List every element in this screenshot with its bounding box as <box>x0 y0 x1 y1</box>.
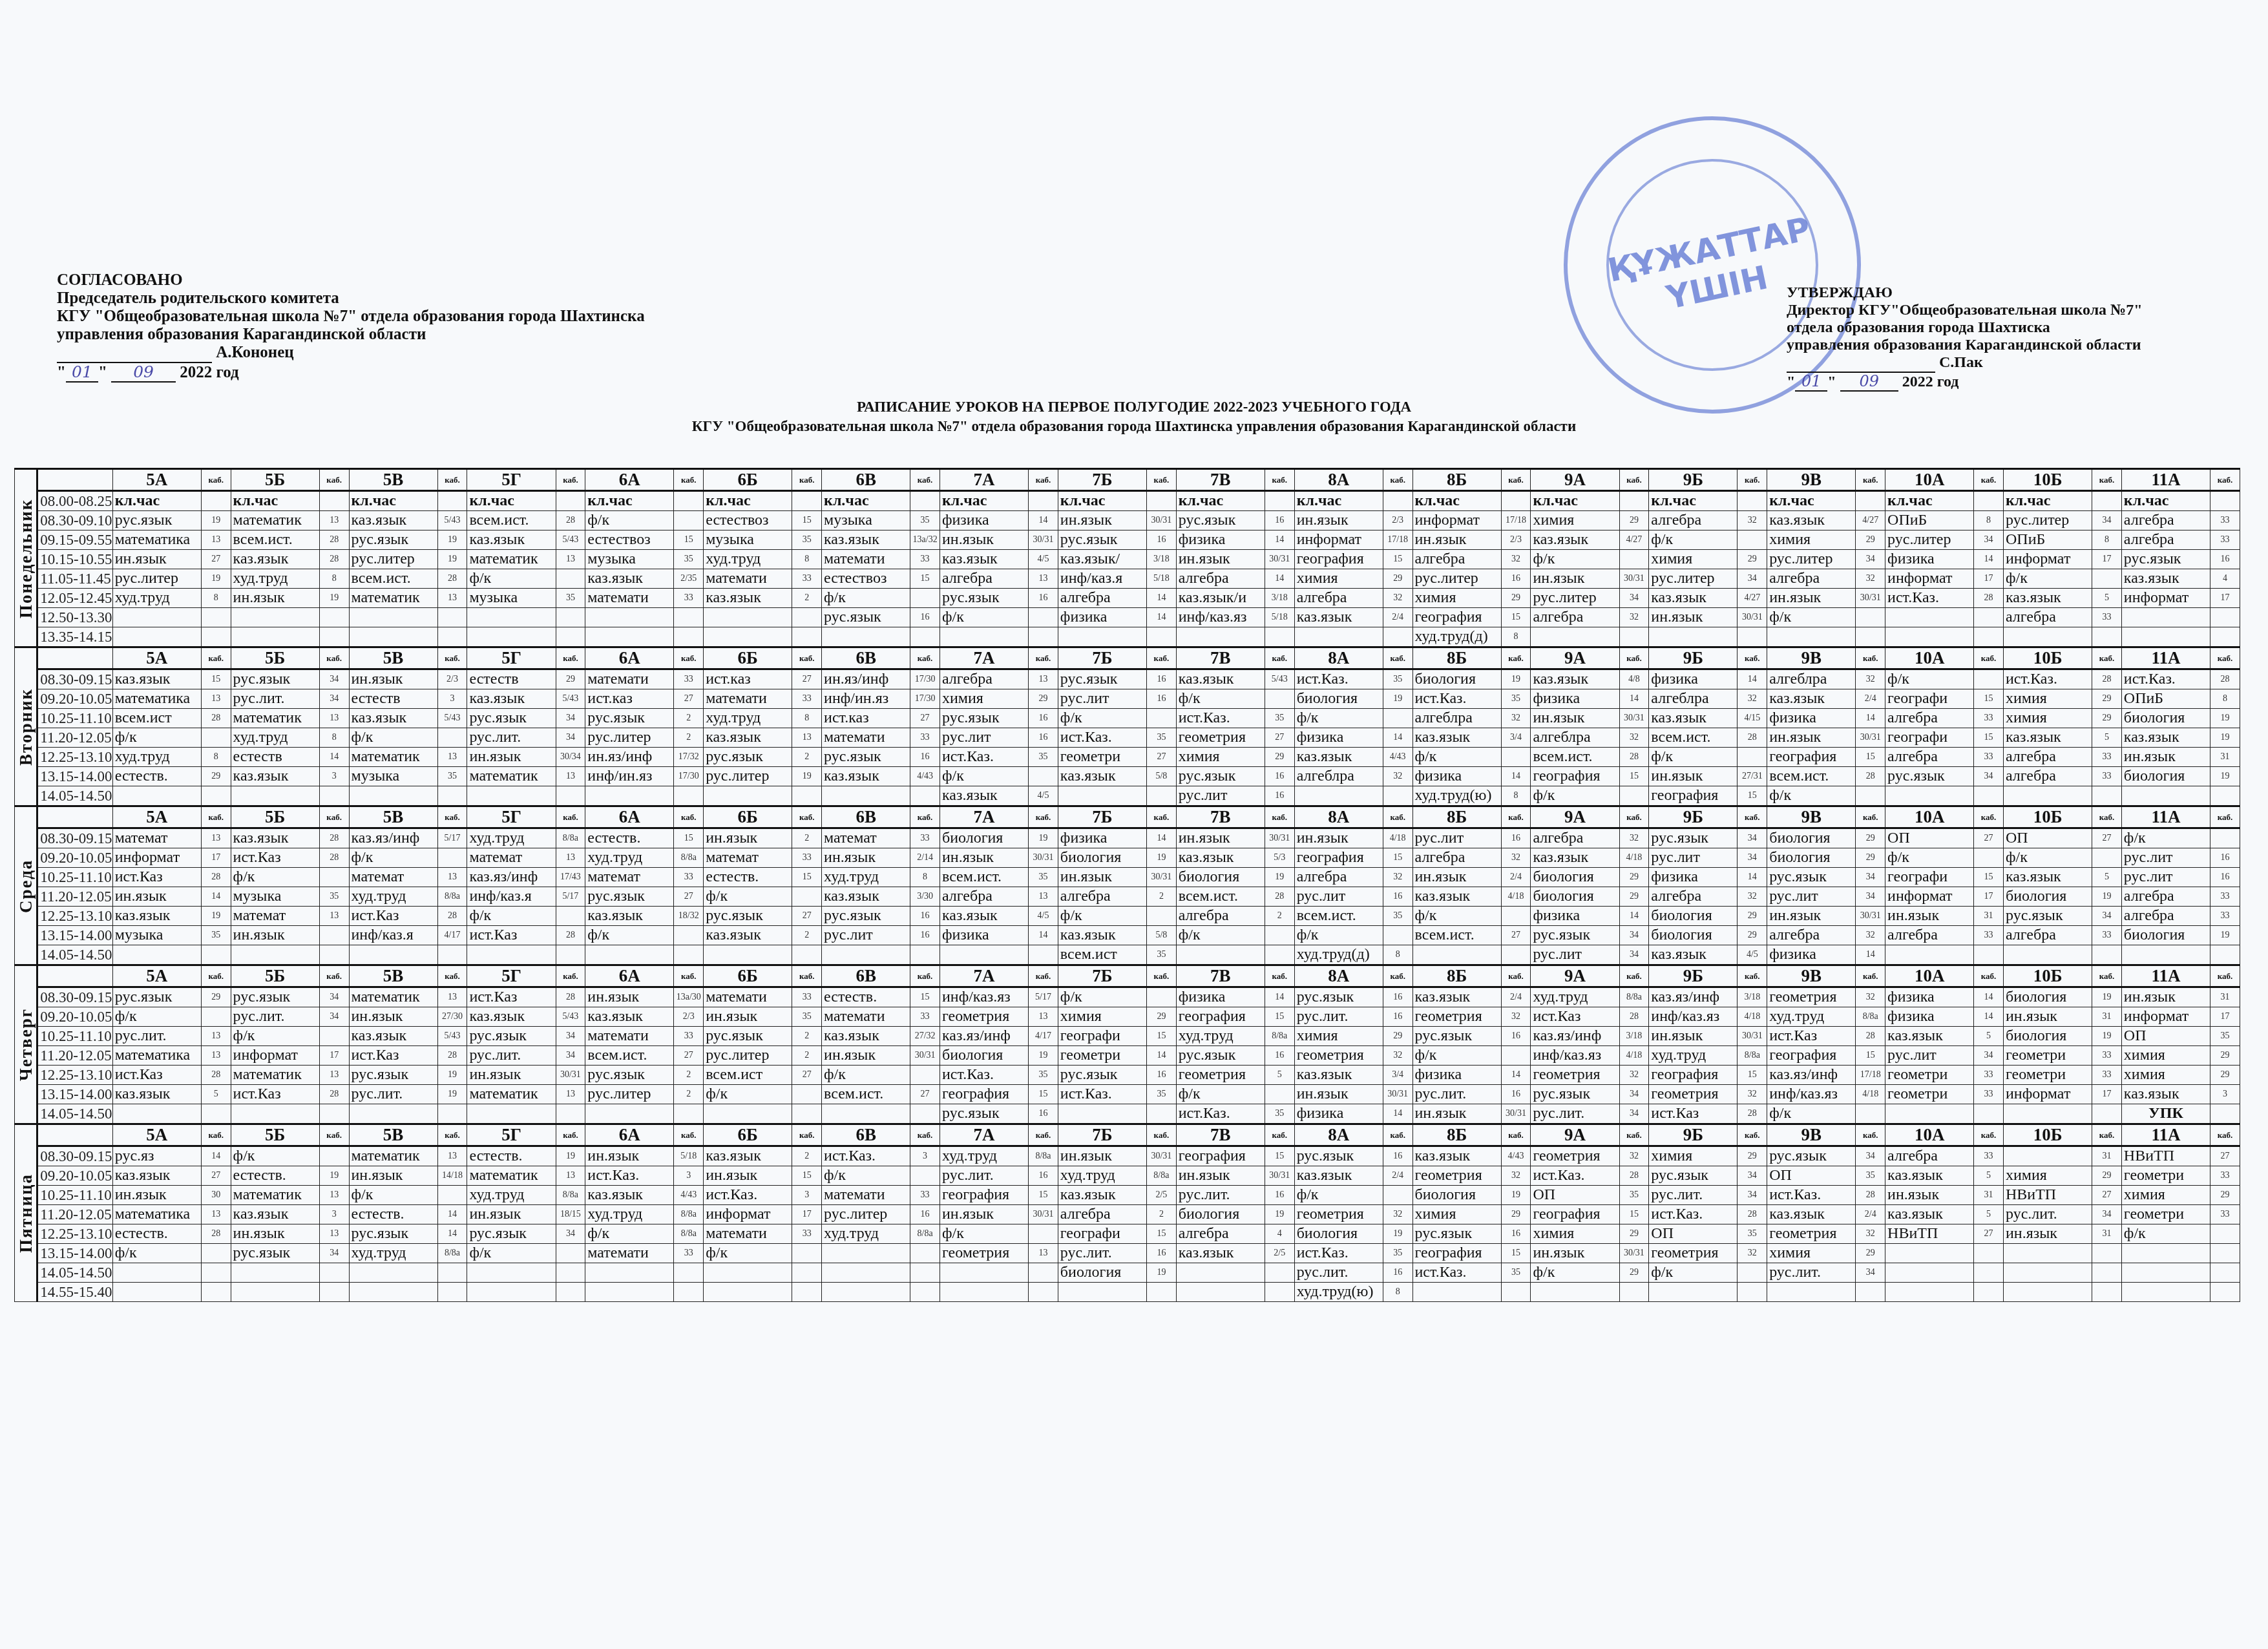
room-cell <box>1974 848 2004 868</box>
subject-cell: биология <box>1058 848 1146 868</box>
subject-cell: всем.ист. <box>1649 728 1738 748</box>
room-cell <box>792 627 822 647</box>
subject-cell: химия <box>940 689 1028 709</box>
subject-cell <box>585 945 674 965</box>
room-cell: 8 <box>1501 627 1531 647</box>
subject-cell: ин.язык <box>349 669 437 689</box>
room-cell: 35 <box>1147 945 1177 965</box>
subject-cell: ф/к <box>1176 1085 1265 1104</box>
subject-cell: рус.лит <box>1058 689 1146 709</box>
subject-cell <box>1885 786 1974 806</box>
room-cell: 34 <box>1619 589 1649 608</box>
subject-cell: ист.Каз <box>467 926 556 945</box>
room-cell: 32 <box>1738 1244 1767 1263</box>
room-cell <box>2092 569 2122 589</box>
subject-cell: биология <box>1649 926 1738 945</box>
class-header: 8Б <box>1412 469 1501 491</box>
lesson-row: 12.25-13.10ист.Каз28математик13рус.язык1… <box>15 1066 2240 1085</box>
class-header: 5В <box>349 965 437 987</box>
room-cell: 14 <box>1383 728 1412 748</box>
day-label: Среда <box>15 806 37 965</box>
subject-cell: каз.язык/ <box>1058 550 1146 569</box>
room-header: каб. <box>1974 469 2004 491</box>
subject-cell: алгебра <box>2121 530 2210 550</box>
room-cell: 30/34 <box>556 748 585 767</box>
subject-cell: математик <box>349 1146 437 1166</box>
subject-cell: алгебра <box>1176 569 1265 589</box>
room-cell: 32 <box>1501 1166 1531 1186</box>
room-cell: 13а/30 <box>674 987 704 1007</box>
class-header: 11А <box>2121 469 2210 491</box>
subject-cell: физика <box>1412 1066 1501 1085</box>
room-header: каб. <box>1738 1124 1767 1146</box>
subject-cell: ист.Каз <box>1767 1027 1856 1046</box>
room-cell: 3 <box>910 1146 940 1166</box>
room-cell <box>201 1283 231 1302</box>
subject-cell: ист.Каз <box>349 907 437 926</box>
room-header: каб. <box>674 647 704 669</box>
lesson-row: 08.30-09.15математ13каз.язык28каз.яз/инф… <box>15 828 2240 848</box>
room-cell: 29 <box>1619 868 1649 887</box>
lesson-time: 12.25-13.10 <box>37 748 112 767</box>
room-cell: 30/31 <box>556 1066 585 1085</box>
subject-cell: ист.Каз. <box>2003 669 2092 689</box>
subject-cell: естеств. <box>112 1224 201 1244</box>
room-cell: 30/31 <box>1265 550 1294 569</box>
lesson-row: 09.20-10.05ф/крус.лит.34ин.язык27/30каз.… <box>15 1007 2240 1027</box>
subject-cell: рус.язык <box>231 987 319 1007</box>
subject-cell: каз.язык <box>940 550 1028 569</box>
subject-cell: ист.Каз. <box>585 1166 674 1186</box>
subject-cell: биология <box>1176 868 1265 887</box>
room-cell: 32 <box>1856 1224 1885 1244</box>
class-header: 5Г <box>467 469 556 491</box>
subject-cell <box>822 1263 910 1283</box>
subject-cell: геометрия <box>1649 1244 1738 1263</box>
room-cell <box>674 1283 704 1302</box>
subject-cell: рус.язык <box>231 669 319 689</box>
room-cell <box>1265 945 1294 965</box>
room-cell: 16 <box>1501 1027 1531 1046</box>
subject-cell: рус.литер <box>1885 530 1974 550</box>
room-cell: 14 <box>201 1146 231 1166</box>
time-header <box>37 965 112 987</box>
room-header: каб. <box>1147 1124 1177 1146</box>
class-header: 8Б <box>1412 1124 1501 1146</box>
subject-cell: физика <box>1176 530 1265 550</box>
room-cell <box>201 728 231 748</box>
room-cell: 17 <box>1974 569 2004 589</box>
room-cell: 14 <box>1501 767 1531 786</box>
room-cell: 8/8а <box>1856 1007 1885 1027</box>
room-cell: 31 <box>2092 1224 2122 1244</box>
room-header: каб. <box>1619 1124 1649 1146</box>
subject-cell: ист.Каз. <box>940 748 1028 767</box>
room-cell: 2/5 <box>1265 1244 1294 1263</box>
subject-cell: математик <box>349 748 437 767</box>
room-cell: 13 <box>792 728 822 748</box>
room-cell: 15 <box>792 511 822 530</box>
room-cell: 5/43 <box>437 1027 467 1046</box>
subject-cell <box>1649 627 1738 647</box>
room-cell: 5/18 <box>1147 569 1177 589</box>
subject-cell <box>1176 627 1265 647</box>
subject-cell: кл.час <box>1058 491 1146 511</box>
subject-cell: ф/к <box>1176 689 1265 709</box>
subject-cell: рус.язык <box>1058 669 1146 689</box>
subject-cell: географи <box>1885 728 1974 748</box>
room-header: каб. <box>1147 469 1177 491</box>
lesson-row: 10.25-11.10рус.лит.13ф/кказ.язык5/43рус.… <box>15 1027 2240 1046</box>
lesson-row: 12.05-12.45худ.труд8ин.язык19математик13… <box>15 589 2240 608</box>
subject-cell: алгебра <box>940 569 1028 589</box>
subject-cell: худ.труд(ю) <box>1294 1283 1383 1302</box>
room-cell: 28 <box>201 868 231 887</box>
subject-cell: каз.язык <box>231 767 319 786</box>
room-header: каб. <box>556 647 585 669</box>
room-cell: 4/18 <box>1619 1046 1649 1066</box>
room-cell: 15 <box>1029 1186 1058 1205</box>
subject-cell: математик <box>467 550 556 569</box>
lesson-time: 10.25-11.10 <box>37 709 112 728</box>
subject-cell: алгебра <box>1412 550 1501 569</box>
subject-cell: математ <box>704 848 792 868</box>
room-cell <box>2092 491 2122 511</box>
subject-cell: каз.яз/инф <box>1531 1027 1619 1046</box>
subject-cell <box>940 627 1028 647</box>
subject-cell: всем.ист. <box>231 530 319 550</box>
subject-cell: ист.Каз. <box>704 1186 792 1205</box>
approved-authority: управления образования Карагандинской об… <box>1787 337 2143 354</box>
subject-cell: ин.язык <box>1294 828 1383 848</box>
room-cell: 13а/32 <box>910 530 940 550</box>
subject-cell: рус.лит <box>1531 945 1619 965</box>
room-cell <box>2092 848 2122 868</box>
room-cell: 4/8 <box>1619 669 1649 689</box>
room-cell: 8/8а <box>674 1224 704 1244</box>
room-cell: 16 <box>1501 569 1531 589</box>
room-cell: 13 <box>201 1205 231 1224</box>
room-cell: 28 <box>201 709 231 728</box>
room-cell: 2/4 <box>1383 1166 1412 1186</box>
approved-position: Директор КГУ"Общеобразовательная школа №… <box>1787 302 2143 319</box>
subject-cell: всем.ист. <box>1294 907 1383 926</box>
subject-cell: естеств <box>231 748 319 767</box>
room-cell <box>1147 1104 1177 1124</box>
room-cell: 34 <box>1856 887 1885 907</box>
room-header: каб. <box>792 806 822 828</box>
subject-cell: рус.литер <box>349 550 437 569</box>
subject-cell: УПК <box>2121 1104 2210 1124</box>
subject-cell: биология <box>1767 828 1856 848</box>
room-header: каб. <box>1501 965 1531 987</box>
room-cell: 33 <box>910 1007 940 1027</box>
subject-cell: ин.язык <box>467 1205 556 1224</box>
room-header: каб. <box>2210 965 2240 987</box>
room-cell <box>1147 907 1177 926</box>
room-cell <box>2210 1244 2240 1263</box>
lesson-time: 11.20-12.05 <box>37 887 112 907</box>
room-cell: 33 <box>2092 748 2122 767</box>
room-cell: 28 <box>1738 1205 1767 1224</box>
subject-cell <box>467 1104 556 1124</box>
subject-cell: ОП <box>1767 1166 1856 1186</box>
subject-cell: ин.язык <box>1058 511 1146 530</box>
subject-cell: каз.яз/инф <box>940 1027 1028 1046</box>
room-header: каб. <box>1029 965 1058 987</box>
room-cell: 35 <box>1265 709 1294 728</box>
subject-cell: физика <box>1412 767 1501 786</box>
subject-cell <box>1176 1263 1265 1283</box>
subject-cell <box>112 786 201 806</box>
subject-cell: всем.ист <box>704 1066 792 1085</box>
subject-cell: рус.литер <box>822 1205 910 1224</box>
subject-cell: ин.язык <box>1176 828 1265 848</box>
subject-cell: естеств. <box>467 1146 556 1166</box>
subject-cell: кл.час <box>1649 491 1738 511</box>
subject-cell: геометрия <box>940 1244 1028 1263</box>
subject-cell: ин.язык <box>1412 868 1501 887</box>
room-header: каб. <box>1856 806 1885 828</box>
room-cell <box>674 511 704 530</box>
subject-cell <box>467 627 556 647</box>
subject-cell <box>349 627 437 647</box>
room-cell: 29 <box>1029 689 1058 709</box>
room-header: каб. <box>319 806 349 828</box>
room-cell: 5 <box>2092 728 2122 748</box>
subject-cell <box>1885 1283 1974 1302</box>
room-cell: 4 <box>2210 569 2240 589</box>
subject-cell: геометрия <box>1767 1224 1856 1244</box>
room-cell: 34 <box>1738 848 1767 868</box>
room-header: каб. <box>201 965 231 987</box>
class-header: 5Б <box>231 647 319 669</box>
room-cell: 8/8а <box>1029 1146 1058 1166</box>
room-cell: 19 <box>2210 767 2240 786</box>
room-cell: 28 <box>556 926 585 945</box>
room-cell: 2/5 <box>1147 1186 1177 1205</box>
room-cell: 28 <box>1856 767 1885 786</box>
subject-cell: музыка <box>704 530 792 550</box>
subject-cell: ф/к <box>822 1066 910 1085</box>
room-cell: 3 <box>319 1205 349 1224</box>
subject-cell: геометри <box>2121 1205 2210 1224</box>
subject-cell: ф/к <box>467 907 556 926</box>
room-cell: 5/43 <box>437 709 467 728</box>
room-cell <box>1974 608 2004 627</box>
room-header: каб. <box>1265 469 1294 491</box>
subject-cell: информат <box>2121 589 2210 608</box>
room-cell <box>1029 491 1058 511</box>
subject-cell: естеств <box>349 689 437 709</box>
subject-cell: математи <box>585 669 674 689</box>
subject-cell: рус.лит <box>1412 828 1501 848</box>
subject-cell <box>940 1283 1028 1302</box>
class-header: 5А <box>112 1124 201 1146</box>
room-cell: 32 <box>1619 1146 1649 1166</box>
room-cell <box>319 786 349 806</box>
subject-cell: рус.язык <box>467 1224 556 1244</box>
class-header: 10А <box>1885 965 1974 987</box>
room-header: каб. <box>437 806 467 828</box>
room-cell: 32 <box>1383 868 1412 887</box>
subject-cell: география <box>1531 1205 1619 1224</box>
room-cell: 35 <box>1029 748 1058 767</box>
room-cell: 30/31 <box>910 1046 940 1066</box>
subject-cell <box>112 1104 201 1124</box>
room-header: каб. <box>556 1124 585 1146</box>
time-header <box>37 806 112 828</box>
subject-cell: ф/к <box>1767 786 1856 806</box>
lesson-row: 13.15-14.00каз.язык5ист.Каз28рус.лит.19м… <box>15 1085 2240 1104</box>
room-cell: 29 <box>1265 748 1294 767</box>
class-header: 7В <box>1176 965 1265 987</box>
room-cell: 19 <box>1029 1046 1058 1066</box>
subject-cell: математик <box>231 1186 319 1205</box>
approved-signer: С.Пак <box>1939 354 1983 371</box>
room-cell: 19 <box>1265 1205 1294 1224</box>
agreed-date-month: 09 <box>111 363 176 383</box>
room-cell <box>556 1244 585 1263</box>
subject-cell: ОП <box>1885 828 1974 848</box>
subject-cell: информат <box>2121 1007 2210 1027</box>
room-cell: 8/8а <box>674 848 704 868</box>
subject-cell: рус.лит. <box>1531 1104 1619 1124</box>
subject-cell <box>1767 627 1856 647</box>
room-cell: 2 <box>674 1085 704 1104</box>
lesson-time: 13.15-14.00 <box>37 1244 112 1263</box>
subject-cell: каз.язык <box>1058 1186 1146 1205</box>
room-cell <box>1974 1244 2004 1263</box>
subject-cell: инф/каз.я <box>349 926 437 945</box>
subject-cell: рус.язык <box>349 530 437 550</box>
subject-cell: алгебра <box>2003 926 2092 945</box>
room-cell: 17/18 <box>1856 1066 1885 1085</box>
room-header: каб. <box>1265 806 1294 828</box>
subject-cell: рус.литер <box>2003 511 2092 530</box>
subject-cell <box>2121 786 2210 806</box>
room-cell <box>1147 786 1177 806</box>
subject-cell: ист.Каз. <box>1767 1186 1856 1205</box>
room-cell <box>437 945 467 965</box>
subject-cell: каз.яз/инф <box>467 868 556 887</box>
subject-cell: алгебра <box>2121 887 2210 907</box>
lesson-time: 08.30-09.15 <box>37 669 112 689</box>
room-header: каб. <box>1856 469 1885 491</box>
room-cell <box>556 491 585 511</box>
subject-cell: каз.язык <box>467 530 556 550</box>
room-cell: 5/17 <box>556 887 585 907</box>
room-cell: 19 <box>437 550 467 569</box>
subject-cell: математика <box>112 1205 201 1224</box>
subject-cell: химия <box>1294 569 1383 589</box>
class-header: 9Б <box>1649 469 1738 491</box>
subject-cell: ф/к <box>467 569 556 589</box>
subject-cell: химия <box>1412 1205 1501 1224</box>
room-cell: 28 <box>1619 748 1649 767</box>
subject-cell: рус.язык <box>940 709 1028 728</box>
room-cell: 3/18 <box>1265 589 1294 608</box>
subject-cell: рус.язык <box>1531 926 1619 945</box>
room-cell: 27 <box>2092 1186 2122 1205</box>
room-cell: 33 <box>1974 709 2004 728</box>
subject-cell: ист.Каз. <box>1885 589 1974 608</box>
room-cell: 8/8а <box>674 1205 704 1224</box>
room-cell <box>1265 689 1294 709</box>
class-header: 9В <box>1767 965 1856 987</box>
room-cell <box>201 627 231 647</box>
room-cell: 27 <box>674 887 704 907</box>
subject-cell <box>1294 627 1383 647</box>
room-cell <box>910 589 940 608</box>
room-cell <box>319 491 349 511</box>
subject-cell: ин.яз/инф <box>585 748 674 767</box>
room-cell: 15 <box>910 987 940 1007</box>
subject-cell: ист.каз <box>822 709 910 728</box>
subject-cell: ф/к <box>112 1244 201 1263</box>
room-cell: 19 <box>437 530 467 550</box>
subject-cell: ф/к <box>1412 1046 1501 1066</box>
room-cell: 30/31 <box>1147 511 1177 530</box>
subject-cell: каз.язык <box>1294 748 1383 767</box>
subject-cell: ф/к <box>1294 709 1383 728</box>
room-cell: 34 <box>1738 1166 1767 1186</box>
subject-cell: рус.язык <box>704 748 792 767</box>
room-cell: 27 <box>910 1085 940 1104</box>
room-cell: 5 <box>2092 868 2122 887</box>
subject-cell: ф/к <box>349 848 437 868</box>
class-header: 10А <box>1885 647 1974 669</box>
room-cell: 17 <box>201 848 231 868</box>
subject-cell: алгебра <box>2003 748 2092 767</box>
room-cell: 35 <box>1147 1085 1177 1104</box>
room-cell: 28 <box>1974 589 2004 608</box>
room-cell <box>674 945 704 965</box>
subject-cell: рус.язык <box>940 1104 1028 1124</box>
room-cell: 13 <box>319 511 349 530</box>
class-header: 5В <box>349 1124 437 1146</box>
subject-cell: рус.лит. <box>467 1046 556 1066</box>
room-cell: 33 <box>910 1186 940 1205</box>
subject-cell <box>1176 1283 1265 1302</box>
room-cell: 30/31 <box>1619 709 1649 728</box>
subject-cell: ин.язык <box>1058 1146 1146 1166</box>
subject-cell: рус.лит. <box>112 1027 201 1046</box>
subject-cell: ф/к <box>2121 828 2210 848</box>
room-cell: 33 <box>792 1224 822 1244</box>
subject-cell: география <box>1412 1244 1501 1263</box>
subject-cell: ист.Каз. <box>1649 1205 1738 1224</box>
subject-cell: каз.язык <box>1649 589 1738 608</box>
room-cell: 14 <box>1974 1007 2004 1027</box>
room-cell: 33 <box>2210 887 2240 907</box>
room-cell: 28 <box>319 1085 349 1104</box>
room-cell: 3 <box>674 1166 704 1186</box>
class-header: 6А <box>585 469 674 491</box>
room-cell: 32 <box>1501 848 1531 868</box>
room-cell: 30/31 <box>1738 608 1767 627</box>
subject-cell: инф/каз.яз <box>1531 1046 1619 1066</box>
room-cell: 28 <box>556 987 585 1007</box>
subject-cell: ф/к <box>1058 709 1146 728</box>
subject-cell: худ.труд <box>822 1224 910 1244</box>
class-header: 9В <box>1767 806 1856 828</box>
room-header: каб. <box>910 806 940 828</box>
subject-cell: кл.час <box>585 491 674 511</box>
subject-cell: худ.труд(ю) <box>1412 786 1501 806</box>
subject-cell: алгебра <box>1176 907 1265 926</box>
subject-cell: ин.язык <box>822 1046 910 1066</box>
